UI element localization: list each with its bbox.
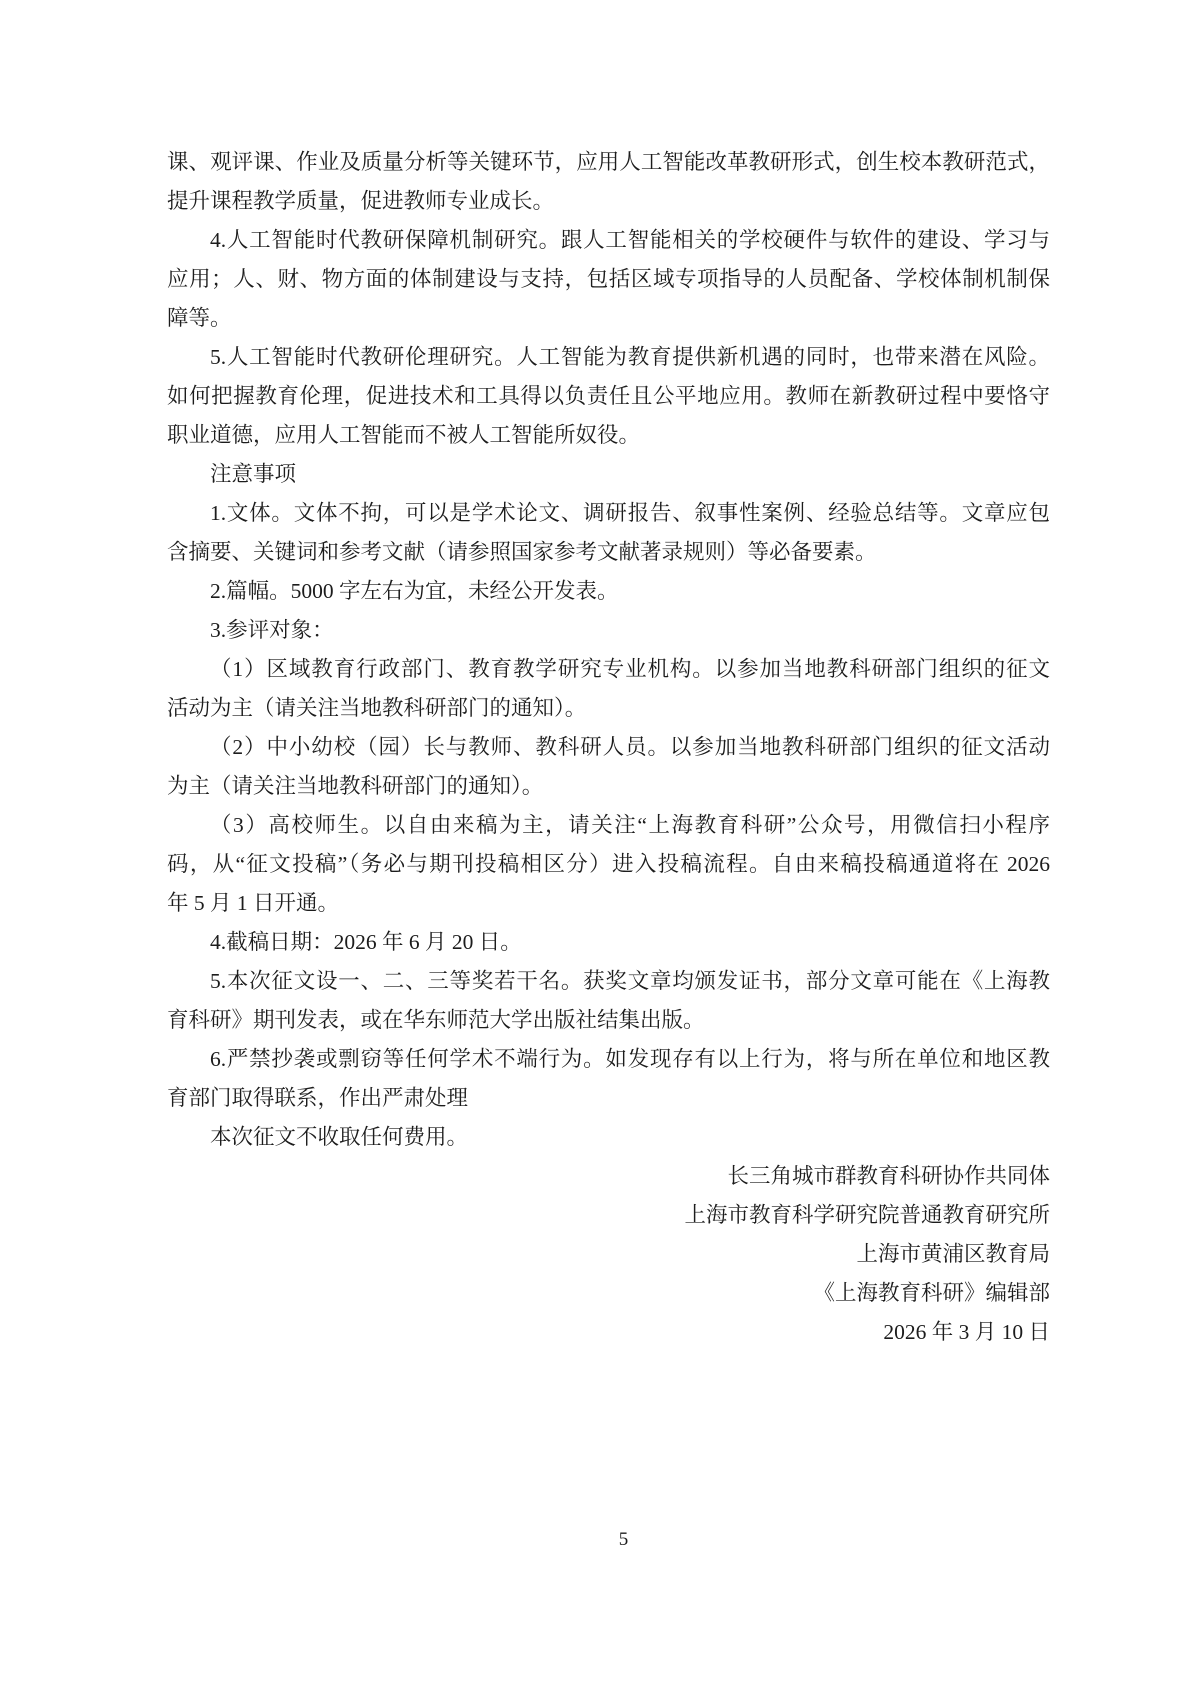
document-page: 课、观评课、作业及质量分析等关键环节，应用人工智能改革教研形式，创生校本教研范式… [0,0,1190,1683]
body-text-line: 应用；人、财、物方面的体制建设与支持，包括区域专项指导的人员配备、学校体制机制保 [167,260,1050,299]
body-text-line: 育部门取得联系，作出严肃处理 [167,1079,1050,1118]
body-text-line: 本次征文不收取任何费用。 [167,1118,1050,1157]
body-text-line: （3）高校师生。以自由来稿为主，请关注“上海教育科研”公众号，用微信扫小程序 [167,806,1050,845]
body-text-line: 4.人工智能时代教研保障机制研究。跟人工智能相关的学校硬件与软件的建设、学习与 [167,221,1050,260]
body-text-line: 5.本次征文设一、二、三等奖若干名。获奖文章均颁发证书，部分文章可能在《上海教 [167,962,1050,1001]
body-text-line: 提升课程教学质量，促进教师专业成长。 [167,182,1050,221]
body-text-line: 上海市黄浦区教育局 [167,1235,1050,1274]
body-text-line: 《上海教育科研》编辑部 [167,1274,1050,1313]
document-body: 课、观评课、作业及质量分析等关键环节，应用人工智能改革教研形式，创生校本教研范式… [167,143,1050,1352]
body-text-line: （1）区域教育行政部门、教育教学研究专业机构。以参加当地教科研部门组织的征文 [167,650,1050,689]
body-text-line: 障等。 [167,299,1050,338]
body-text-line: 年 5 月 1 日开通。 [167,884,1050,923]
body-text-line: 5.人工智能时代教研伦理研究。人工智能为教育提供新机遇的同时，也带来潜在风险。 [167,338,1050,377]
body-text-line: 育科研》期刊发表，或在华东师范大学出版社结集出版。 [167,1001,1050,1040]
body-text-line: 2.篇幅。5000 字左右为宜，未经公开发表。 [167,572,1050,611]
body-text-line: 4.截稿日期：2026 年 6 月 20 日。 [167,923,1050,962]
body-text-line: 2026 年 3 月 10 日 [167,1313,1050,1352]
body-text-line: （2）中小幼校（园）长与教师、教科研人员。以参加当地教科研部门组织的征文活动 [167,728,1050,767]
body-text-line: 活动为主（请关注当地教科研部门的通知）。 [167,689,1050,728]
body-text-line: 注意事项 [167,455,1050,494]
body-text-line: 6.严禁抄袭或剽窃等任何学术不端行为。如发现存有以上行为，将与所在单位和地区教 [167,1040,1050,1079]
body-text-line: 为主（请关注当地教科研部门的通知）。 [167,767,1050,806]
body-text-line: 职业道德，应用人工智能而不被人工智能所奴役。 [167,416,1050,455]
body-text-line: 含摘要、关键词和参考文献（请参照国家参考文献著录规则）等必备要素。 [167,533,1050,572]
page-number: 5 [167,1526,1050,1554]
body-text-line: 上海市教育科学研究院普通教育研究所 [167,1196,1050,1235]
body-text-line: 3.参评对象： [167,611,1050,650]
body-text-line: 课、观评课、作业及质量分析等关键环节，应用人工智能改革教研形式，创生校本教研范式… [167,143,1050,182]
body-text-line: 长三角城市群教育科研协作共同体 [167,1157,1050,1196]
body-text-line: 码，从“征文投稿”（务必与期刊投稿相区分）进入投稿流程。自由来稿投稿通道将在 2… [167,845,1050,884]
body-text-line: 如何把握教育伦理，促进技术和工具得以负责任且公平地应用。教师在新教研过程中要恪守 [167,377,1050,416]
body-text-line: 1.文体。文体不拘，可以是学术论文、调研报告、叙事性案例、经验总结等。文章应包 [167,494,1050,533]
